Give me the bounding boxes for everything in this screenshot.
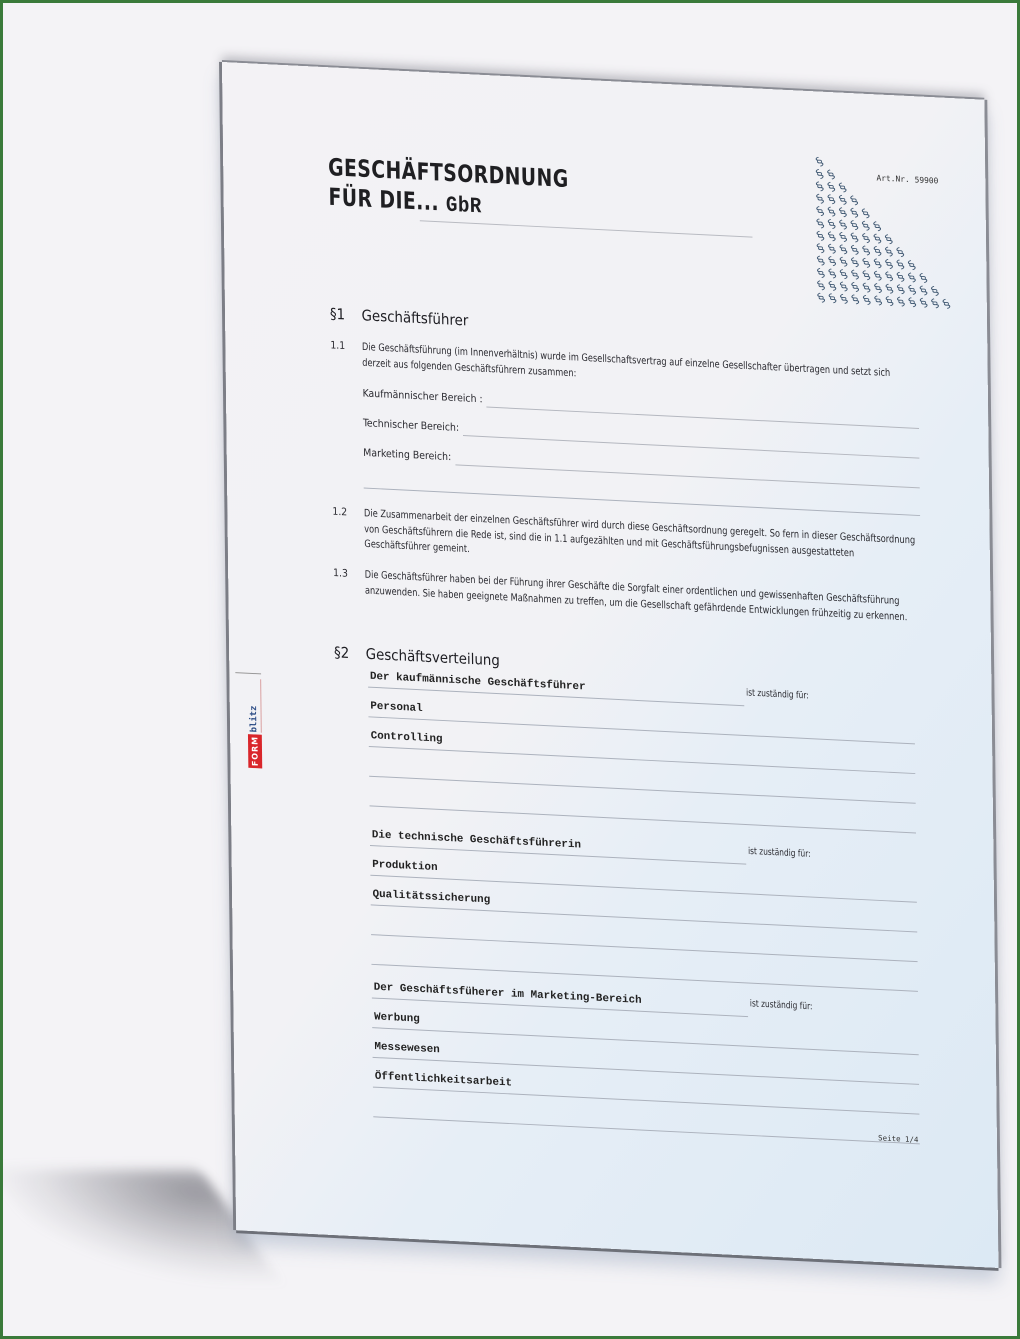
svg-text:§: §: [824, 191, 838, 207]
svg-text:§: §: [848, 267, 862, 283]
svg-text:§: §: [870, 231, 884, 247]
svg-text:§: §: [848, 230, 862, 246]
svg-text:§: §: [847, 217, 861, 233]
para-1-1-number: 1.1: [330, 339, 345, 352]
svg-text:§: §: [848, 254, 862, 270]
document-title: GESCHÄFTSORDNUNG FÜR DIE... GbR: [328, 152, 569, 226]
svg-text:§: §: [928, 283, 942, 299]
svg-text:§: §: [859, 242, 873, 258]
para-1-2-number: 1.2: [332, 506, 347, 519]
svg-text:§: §: [882, 244, 896, 260]
svg-text:§: §: [871, 293, 885, 309]
svg-text:§: §: [894, 281, 908, 297]
svg-text:§: §: [882, 281, 896, 297]
svg-text:§: §: [859, 230, 873, 246]
svg-text:§: §: [824, 179, 838, 195]
svg-text:§: §: [848, 291, 862, 307]
company-name-field[interactable]: GbR: [446, 193, 482, 220]
responsibility-group: Die technische Geschäftsführerinist zust…: [222, 62, 984, 100]
responsible-for-label: ist zuständig für:: [748, 846, 811, 860]
task-underline: [370, 805, 916, 833]
svg-text:§: §: [825, 266, 839, 282]
responsible-for-label: ist zuständig für:: [746, 688, 809, 702]
svg-text:§: §: [859, 267, 873, 283]
svg-text:§: §: [882, 231, 896, 247]
svg-text:§: §: [905, 282, 919, 298]
svg-text:§: §: [848, 279, 862, 295]
svg-text:§: §: [836, 217, 850, 233]
svg-text:§: §: [905, 294, 919, 310]
field-label: Technischer Bereich:: [363, 417, 459, 434]
svg-text:§: §: [836, 204, 850, 220]
svg-text:§: §: [824, 167, 838, 183]
svg-text:§: §: [928, 295, 942, 311]
section-1-title: Geschäftsführer: [362, 306, 469, 329]
role-field[interactable]: Der kaufmännische Geschäftsführer: [370, 671, 586, 694]
task-field[interactable]: Personal: [370, 701, 422, 715]
field-input-line[interactable]: [455, 464, 920, 488]
field-label: Marketing Bereich:: [363, 447, 451, 463]
svg-text:§: §: [825, 228, 839, 244]
para-1-2-text: Die Zusammenarbeit der einzelnen Geschäf…: [364, 506, 921, 580]
logo-tick: [235, 672, 261, 674]
para-1-1-text: Die Geschäftsführung (im Innenverhältnis…: [362, 340, 919, 398]
svg-text:§: §: [893, 257, 907, 273]
document-preview: GESCHÄFTSORDNUNG FÜR DIE... GbR §§§§§§§§…: [0, 0, 1020, 1339]
task-underline: [373, 1116, 919, 1144]
svg-text:§: §: [905, 257, 919, 273]
svg-text:§: §: [859, 255, 873, 271]
svg-text:§: §: [939, 296, 953, 312]
svg-text:§: §: [837, 266, 851, 282]
svg-text:§: §: [916, 270, 930, 286]
svg-text:§: §: [847, 192, 861, 208]
svg-text:§: §: [882, 293, 896, 309]
task-field[interactable]: Qualitätssicherung: [373, 889, 491, 907]
section-2-heading: §2Geschäftsverteilung: [334, 643, 500, 669]
responsible-for-label: ist zuständig für:: [750, 998, 813, 1012]
svg-text:§: §: [871, 255, 885, 271]
svg-text:§: §: [847, 205, 861, 221]
svg-text:§: §: [837, 291, 851, 307]
page-number: Seite 1/4: [878, 1133, 918, 1144]
svg-text:§: §: [825, 278, 839, 294]
task-field[interactable]: Werbung: [374, 1011, 420, 1025]
svg-text:§: §: [826, 290, 840, 306]
svg-text:§: §: [859, 218, 873, 234]
task-underline: [369, 776, 915, 804]
svg-text:§: §: [848, 242, 862, 258]
svg-text:§: §: [894, 294, 908, 310]
svg-text:§: §: [825, 216, 839, 232]
responsibility-groups: Der kaufmännische Geschäftsführerist zus…: [222, 62, 984, 100]
task-field[interactable]: Messewesen: [374, 1041, 439, 1056]
role-field[interactable]: Der Geschäftsfüherer im Marketing-Bereic…: [374, 982, 642, 1007]
field-label: Kaufmännischer Bereich :: [362, 388, 482, 406]
svg-text:§: §: [893, 244, 907, 260]
svg-text:§: §: [894, 269, 908, 285]
svg-text:§: §: [815, 290, 828, 306]
svg-text:§: §: [905, 269, 919, 285]
task-underline: [371, 934, 917, 962]
svg-text:§: §: [836, 192, 850, 208]
task-underline: [369, 746, 915, 774]
svg-text:§: §: [917, 295, 931, 311]
svg-text:§: §: [916, 282, 930, 298]
task-underline: [368, 716, 914, 744]
section-1-number: §1: [330, 305, 362, 324]
logo-form: FORM: [248, 734, 262, 768]
task-field[interactable]: Controlling: [371, 730, 443, 745]
svg-text:§: §: [882, 256, 896, 272]
svg-text:§: §: [859, 205, 873, 221]
section-1-heading: §1Geschäftsführer: [330, 305, 469, 330]
para-1-3-number: 1.3: [333, 567, 348, 580]
svg-text:§: §: [836, 179, 850, 195]
svg-text:§: §: [860, 280, 874, 296]
para-1-3-text: Die Geschäftsführer haben bei der Führun…: [365, 568, 922, 626]
document-page: GESCHÄFTSORDNUNG FÜR DIE... GbR §§§§§§§§…: [222, 62, 998, 1268]
svg-text:§: §: [871, 268, 885, 284]
task-underline: [371, 904, 917, 932]
svg-text:§: §: [824, 204, 838, 220]
title-underline: [420, 220, 753, 237]
logo-blitz: blitz: [247, 679, 262, 733]
role-field[interactable]: Die technische Geschäftsführerin: [372, 829, 581, 851]
title-line-2-prefix: FÜR DIE...: [328, 183, 439, 216]
svg-text:§: §: [825, 253, 839, 269]
section-2-number: §2: [334, 643, 366, 662]
formblitz-logo: blitz FORM: [247, 673, 262, 769]
svg-text:§: §: [825, 241, 839, 257]
task-underline: [373, 1087, 919, 1115]
responsibility-group: Der kaufmännische Geschäftsführerist zus…: [222, 62, 984, 100]
svg-text:§: §: [836, 229, 850, 245]
svg-text:§: §: [870, 243, 884, 259]
svg-text:§: §: [871, 280, 885, 296]
svg-text:§: §: [882, 268, 896, 284]
svg-text:§: §: [870, 218, 884, 234]
task-underline: [372, 1027, 918, 1055]
svg-text:§: §: [836, 254, 850, 270]
responsibility-group: Der Geschäftsfüherer im Marketing-Bereic…: [222, 62, 984, 100]
section-2-title: Geschäftsverteilung: [366, 645, 500, 669]
svg-text:§: §: [860, 292, 874, 308]
svg-text:§: §: [837, 278, 851, 294]
field-input-line[interactable]: [487, 407, 919, 429]
svg-text:§: §: [836, 241, 850, 257]
task-field[interactable]: Produktion: [372, 859, 437, 874]
